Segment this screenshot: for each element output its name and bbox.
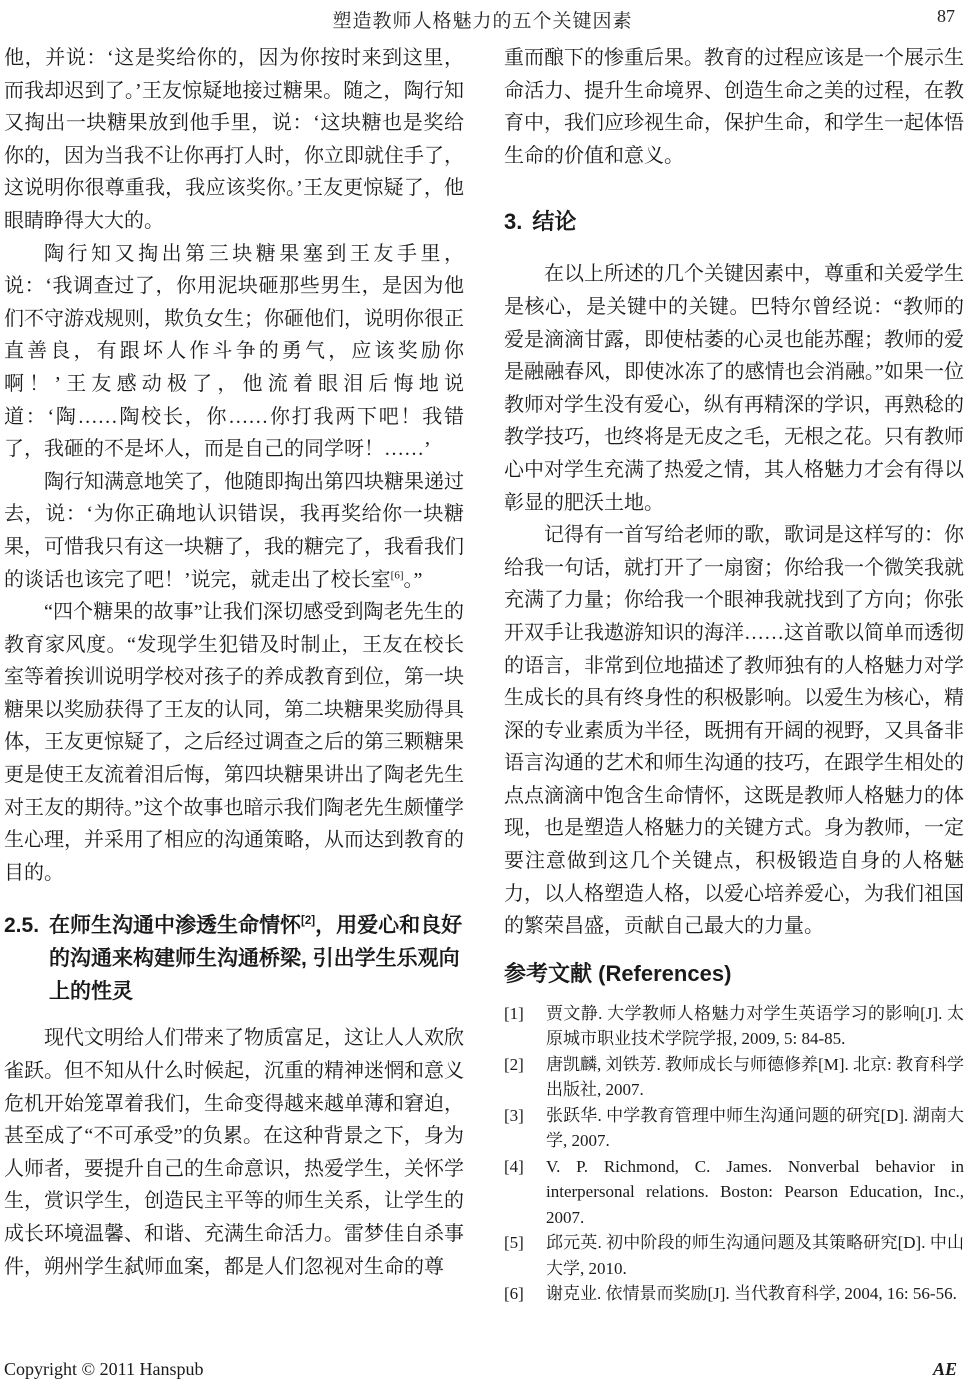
- paragraph-story-analysis: “四个糖果的故事”让我们深切感受到陶老先生的教育家风度。“发现学生犯错及时制止，…: [4, 596, 464, 889]
- reference-text: 邱元英. 初中阶段的师生沟通问题及其策略研究[D]. 中山大学, 2010.: [546, 1230, 964, 1281]
- reference-label: [6]: [504, 1281, 546, 1307]
- paper-page: 塑造教师人格魅力的五个关键因素 87 他，并说：‘这是奖给你的，因为你按时来到这…: [0, 0, 965, 1386]
- page-footer: Copyright © 2011 Hanspub AE: [4, 1359, 957, 1380]
- reference-item: [1] 贾文静. 大学教师人格魅力对学生英语学习的影响[J]. 太原城市职业技术…: [504, 1001, 964, 1052]
- reference-text: 谢克业. 依情景而奖励[J]. 当代教育科学, 2004, 16: 56-56.: [546, 1281, 964, 1307]
- reference-item: [2] 唐凯麟, 刘铁芳. 教师成长与师德修养[M]. 北京: 教育科学出版社,…: [504, 1052, 964, 1103]
- two-column-body: 他，并说：‘这是奖给你的，因为你按时来到这里，而我却迟到了。’王友惊疑地接过糖果…: [4, 42, 964, 1307]
- reference-text: 张跃华. 中学教育管理中师生沟通问题的研究[D]. 湖南大学, 2007.: [546, 1103, 964, 1154]
- reference-text: V. P. Richmond, C. James. Nonverbal beha…: [546, 1154, 964, 1231]
- reference-label: [1]: [504, 1001, 546, 1052]
- journal-code: AE: [933, 1359, 957, 1380]
- section-number: 2.5.: [4, 909, 49, 1008]
- citation-2-superscript: [2]: [301, 915, 315, 927]
- reference-item: [5] 邱元英. 初中阶段的师生沟通问题及其策略研究[D]. 中山大学, 201…: [504, 1230, 964, 1281]
- citation-6-superscript: [6]: [391, 569, 404, 581]
- reference-text: 贾文静. 大学教师人格魅力对学生英语学习的影响[J]. 太原城市职业技术学院学报…: [546, 1001, 964, 1052]
- section-heading-2-5: 2.5. 在师生沟通中渗透生命情怀[2]，用爱心和良好的沟通来构建师生沟通桥梁,…: [4, 909, 464, 1008]
- paragraph-third-candy: 陶行知又掏出第三块糖果塞到王友手里，说：‘我调查过了，你用泥块砸那些男生，是因为…: [4, 238, 464, 466]
- section-number: 3.: [504, 209, 522, 234]
- references-list: [1] 贾文静. 大学教师人格魅力对学生英语学习的影响[J]. 太原城市职业技术…: [504, 1001, 964, 1307]
- left-column: 他，并说：‘这是奖给你的，因为你按时来到这里，而我却迟到了。’王友惊疑地接过糖果…: [4, 42, 464, 1307]
- running-title: 塑造教师人格魅力的五个关键因素: [0, 6, 965, 33]
- paragraph-conclusion-2: 记得有一首写给老师的歌，歌词是这样写的：你给我一句话，就打开了一扇窗；你给我一个…: [504, 519, 964, 943]
- section-title: 结论: [532, 209, 576, 234]
- copyright-text: Copyright © 2011 Hanspub: [4, 1359, 204, 1380]
- section-title-text: 在师生沟通中渗透生命情怀: [49, 914, 301, 937]
- paragraph-fourth-candy: 陶行知满意地笑了，他随即掏出第四块糖果递过去，说：‘为你正确地认识错误，我再奖给…: [4, 466, 464, 596]
- reference-label: [4]: [504, 1154, 546, 1231]
- right-column: 重而酿下的惨重后果。教育的过程应该是一个展示生命活力、提升生命境界、创造生命之美…: [504, 42, 964, 1307]
- reference-label: [5]: [504, 1230, 546, 1281]
- paragraph-text: 。”: [404, 569, 423, 591]
- section-heading-3: 3.结论: [504, 205, 964, 238]
- section-title: 在师生沟通中渗透生命情怀[2]，用爱心和良好的沟通来构建师生沟通桥梁, 引出学生…: [49, 909, 464, 1008]
- running-header: 塑造教师人格魅力的五个关键因素 87: [0, 6, 965, 36]
- page-number: 87: [937, 6, 955, 27]
- reference-item: [3] 张跃华. 中学教育管理中师生沟通问题的研究[D]. 湖南大学, 2007…: [504, 1103, 964, 1154]
- paragraph-conclusion-1: 在以上所述的几个关键因素中，尊重和关爱学生是核心，是关键中的关键。巴特尔曾经说：…: [504, 258, 964, 519]
- paragraph-life-value: 重而酿下的惨重后果。教育的过程应该是一个展示生命活力、提升生命境界、创造生命之美…: [504, 42, 964, 172]
- reference-label: [3]: [504, 1103, 546, 1154]
- reference-item: [6] 谢克业. 依情景而奖励[J]. 当代教育科学, 2004, 16: 56…: [504, 1281, 964, 1307]
- reference-label: [2]: [504, 1052, 546, 1103]
- paragraph-story-continuation: 他，并说：‘这是奖给你的，因为你按时来到这里，而我却迟到了。’王友惊疑地接过糖果…: [4, 42, 464, 238]
- reference-text: 唐凯麟, 刘铁芳. 教师成长与师德修养[M]. 北京: 教育科学出版社, 200…: [546, 1052, 964, 1103]
- paragraph-modern-civilization: 现代文明给人们带来了物质富足，这让人人欢欣雀跃。但不知从什么时候起，沉重的精神迷…: [4, 1022, 464, 1283]
- references-heading: 参考文献 (References): [504, 957, 964, 991]
- reference-item: [4] V. P. Richmond, C. James. Nonverbal …: [504, 1154, 964, 1231]
